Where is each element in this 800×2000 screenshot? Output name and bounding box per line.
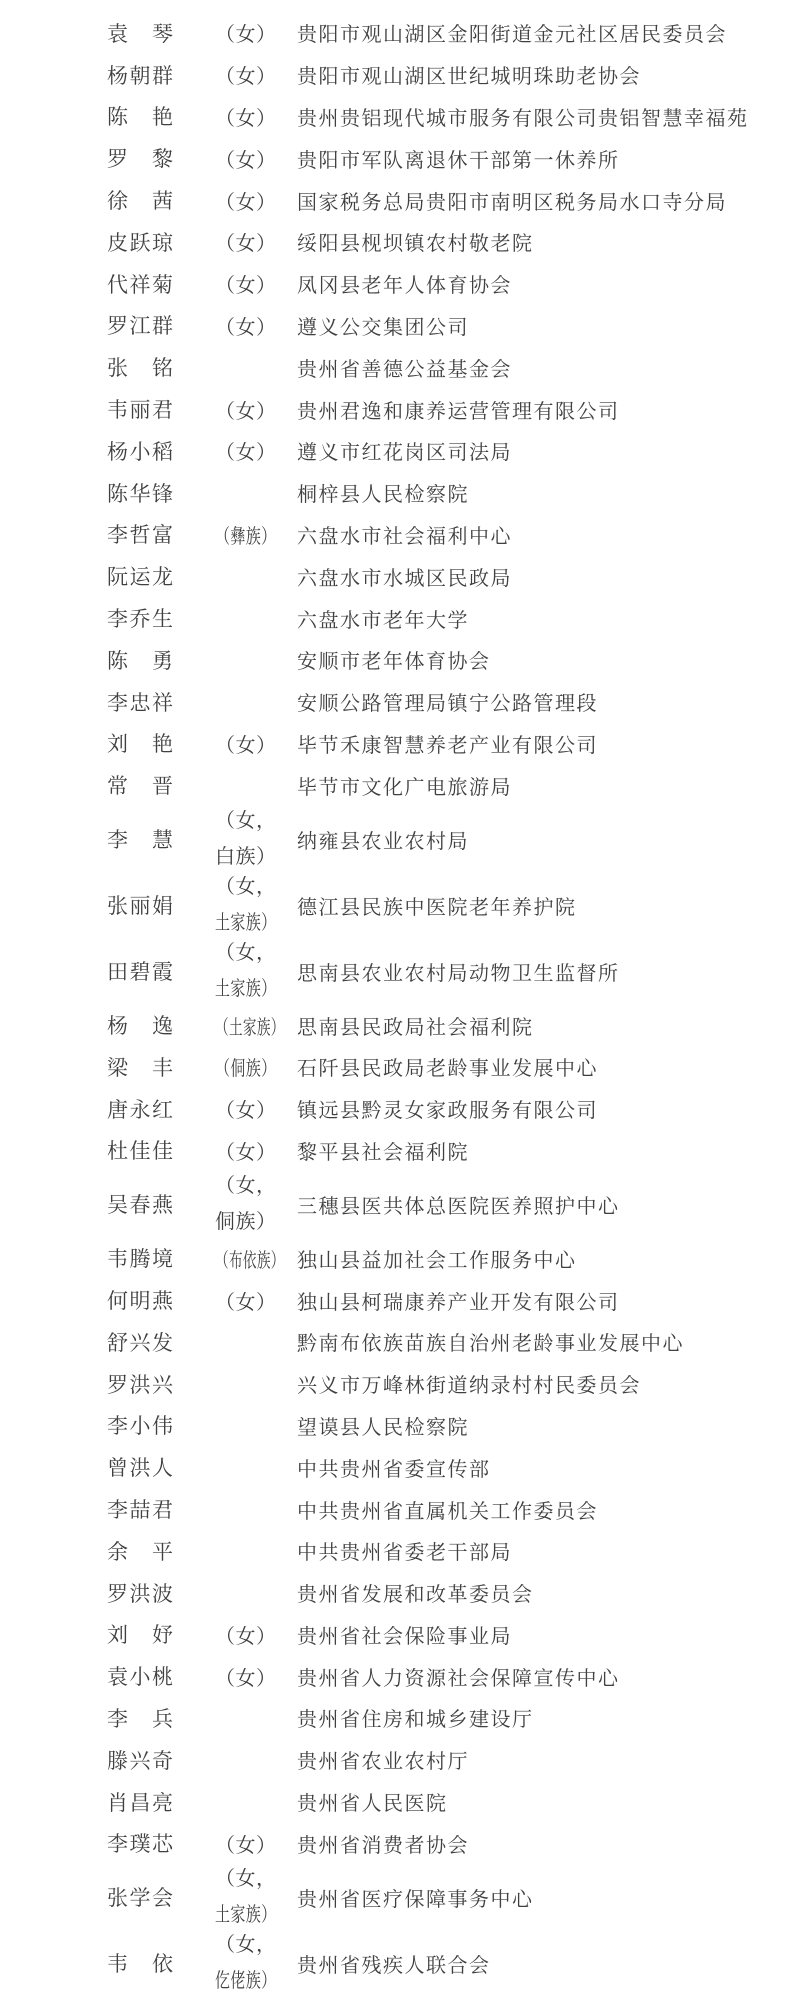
organization: 黔南布依族苗族自治州老龄事业发展中心 xyxy=(297,1327,800,1356)
person-name: 韦腾境 xyxy=(107,1243,215,1273)
organization: 安顺市老年体育协会 xyxy=(297,645,800,674)
gender-ethnicity: （女） xyxy=(215,311,297,340)
gender-ethnicity: （女，侗族） xyxy=(215,1168,297,1240)
person-name: 舒兴发 xyxy=(107,1327,215,1357)
person-name: 肖昌亮 xyxy=(107,1787,215,1817)
gender-ethnicity: （女） xyxy=(215,729,297,758)
table-row: 张 铭 贵州省善德公益基金会 xyxy=(0,346,800,388)
gender-ethnicity: （女，仡佬族） xyxy=(215,1927,297,1999)
person-name: 余 平 xyxy=(107,1536,215,1566)
document-page: 袁 琴 （女） 贵阳市观山湖区金阳街道金元社区居民委员会 杨朝群 （女） 贵阳市… xyxy=(0,0,800,2000)
gender-ethnicity: （女，白族） xyxy=(215,803,297,875)
organization: 贵州省农业农村厅 xyxy=(297,1745,800,1774)
gender-ethnicity: （女） xyxy=(215,102,297,131)
gender-ethnicity: （女） xyxy=(215,186,297,215)
person-name: 杨小稻 xyxy=(107,436,215,466)
organization: 贵州省消费者协会 xyxy=(297,1829,800,1858)
person-name: 梁 丰 xyxy=(107,1052,215,1082)
person-name: 代祥菊 xyxy=(107,269,215,299)
organization: 贵州省人民医院 xyxy=(297,1787,800,1816)
person-name: 韦 依 xyxy=(107,1948,215,1978)
table-row: 刘 艳 （女） 毕节禾康智慧养老产业有限公司 xyxy=(0,723,800,765)
person-name: 刘 艳 xyxy=(107,728,215,758)
organization: 六盘水市社会福利中心 xyxy=(297,520,800,549)
person-name: 唐永红 xyxy=(107,1094,215,1124)
gender-ethnicity: （女，土家族） xyxy=(215,869,297,941)
person-name: 刘 妤 xyxy=(107,1619,215,1649)
organization: 遵义公交集团公司 xyxy=(297,311,800,340)
table-row: 何明燕 （女） 独山县柯瑞康养产业开发有限公司 xyxy=(0,1279,800,1321)
gender-ethnicity: （女） xyxy=(215,395,297,424)
organization: 镇远县黔灵女家政服务有限公司 xyxy=(297,1094,800,1123)
person-name: 李 兵 xyxy=(107,1703,215,1733)
organization: 贵州省发展和改革委员会 xyxy=(297,1578,800,1607)
person-name: 李 慧 xyxy=(107,824,215,854)
person-name: 李乔生 xyxy=(107,603,215,633)
person-name: 常 晋 xyxy=(107,770,215,800)
organization: 独山县柯瑞康养产业开发有限公司 xyxy=(297,1286,800,1315)
table-row: 李小伟 望谟县人民检察院 xyxy=(0,1405,800,1447)
table-row: 杨 逸 （土家族） 思南县民政局社会福利院 xyxy=(0,1004,800,1046)
gender-ethnicity: （女） xyxy=(215,1286,297,1315)
table-row: 吴春燕 （女，侗族） 三穗县医共体总医院医养照护中心 xyxy=(0,1171,800,1237)
table-row: 罗洪兴 兴义市万峰林街道纳录村村民委员会 xyxy=(0,1363,800,1405)
gender-ethnicity: （女） xyxy=(215,436,297,465)
person-name: 杨朝群 xyxy=(107,60,215,90)
organization: 凤冈县老年人体育协会 xyxy=(297,269,800,298)
person-name: 袁 琴 xyxy=(107,18,215,48)
organization: 六盘水市老年大学 xyxy=(297,604,800,633)
organization: 中共贵州省委宣传部 xyxy=(297,1453,800,1482)
table-row: 李忠祥 安顺公路管理局镇宁公路管理段 xyxy=(0,681,800,723)
table-row: 罗洪波 贵州省发展和改革委员会 xyxy=(0,1572,800,1614)
person-name: 罗洪兴 xyxy=(107,1369,215,1399)
organization: 毕节市文化广电旅游局 xyxy=(297,771,800,800)
table-row: 罗江群 （女） 遵义公交集团公司 xyxy=(0,305,800,347)
table-row: 唐永红 （女） 镇远县黔灵女家政服务有限公司 xyxy=(0,1088,800,1130)
table-row: 田碧霞 （女，土家族） 思南县农业农村局动物卫生监督所 xyxy=(0,938,800,1004)
gender-ethnicity: （女） xyxy=(215,1662,297,1691)
person-name: 杜佳佳 xyxy=(107,1135,215,1165)
organization: 毕节禾康智慧养老产业有限公司 xyxy=(297,729,800,758)
gender-ethnicity: （布依族） xyxy=(215,1244,297,1273)
table-row: 李 兵 贵州省住房和城乡建设厅 xyxy=(0,1697,800,1739)
person-name: 罗 黎 xyxy=(107,143,215,173)
person-name: 李小伟 xyxy=(107,1410,215,1440)
organization: 桐梓县人民检察院 xyxy=(297,478,800,507)
gender-ethnicity: （女） xyxy=(215,18,297,47)
organization: 中共贵州省委老干部局 xyxy=(297,1536,800,1565)
person-name: 李哲富 xyxy=(107,519,215,549)
organization: 黎平县社会福利院 xyxy=(297,1136,800,1165)
table-row: 李 慧 （女，白族） 纳雍县农业农村局 xyxy=(0,806,800,872)
table-row: 滕兴奇 贵州省农业农村厅 xyxy=(0,1739,800,1781)
gender-ethnicity: （女，土家族） xyxy=(215,935,297,1007)
organization: 石阡县民政局老龄事业发展中心 xyxy=(297,1052,800,1081)
organization: 遵义市红花岗区司法局 xyxy=(297,436,800,465)
gender-ethnicity: （女） xyxy=(215,60,297,89)
table-row: 韦丽君 （女） 贵州君逸和康养运营管理有限公司 xyxy=(0,388,800,430)
person-name: 张学会 xyxy=(107,1882,215,1912)
organization: 贵阳市观山湖区世纪城明珠助老协会 xyxy=(297,60,800,89)
person-name: 李璞芯 xyxy=(107,1828,215,1858)
organization: 贵州省住房和城乡建设厅 xyxy=(297,1703,800,1732)
gender-ethnicity: （侗族） xyxy=(215,1052,297,1081)
person-name: 罗江群 xyxy=(107,310,215,340)
organization: 安顺公路管理局镇宁公路管理段 xyxy=(297,687,800,716)
table-row: 李乔生 六盘水市老年大学 xyxy=(0,597,800,639)
table-row: 李喆君 中共贵州省直属机关工作委员会 xyxy=(0,1488,800,1530)
table-row: 陈华锋 桐梓县人民检察院 xyxy=(0,472,800,514)
organization: 贵州君逸和康养运营管理有限公司 xyxy=(297,395,800,424)
person-name: 阮运龙 xyxy=(107,561,215,591)
gender-ethnicity: （女） xyxy=(215,269,297,298)
organization: 贵州省残疾人联合会 xyxy=(297,1949,800,1978)
table-row: 陈 艳 （女） 贵州贵铝现代城市服务有限公司贵铝智慧幸福苑 xyxy=(0,96,800,138)
organization: 望谟县人民检察院 xyxy=(297,1411,800,1440)
table-row: 张学会 （女，土家族） 贵州省医疗保障事务中心 xyxy=(0,1864,800,1930)
table-row: 皮跃琼 （女） 绥阳县枧坝镇农村敬老院 xyxy=(0,221,800,263)
table-row: 韦腾境 （布依族） 独山县益加社会工作服务中心 xyxy=(0,1237,800,1279)
table-row: 陈 勇 安顺市老年体育协会 xyxy=(0,639,800,681)
organization: 德江县民族中医院老年养护院 xyxy=(297,891,800,920)
gender-ethnicity: （女） xyxy=(215,1136,297,1165)
organization: 贵州省医疗保障事务中心 xyxy=(297,1883,800,1912)
person-name: 杨 逸 xyxy=(107,1010,215,1040)
organization: 贵州贵铝现代城市服务有限公司贵铝智慧幸福苑 xyxy=(297,102,800,131)
gender-ethnicity: （土家族） xyxy=(215,1011,297,1040)
organization: 三穗县医共体总医院医养照护中心 xyxy=(297,1190,800,1219)
person-name: 罗洪波 xyxy=(107,1578,215,1608)
person-name: 袁小桃 xyxy=(107,1661,215,1691)
person-name: 何明燕 xyxy=(107,1285,215,1315)
person-name: 张 铭 xyxy=(107,352,215,382)
gender-ethnicity: （女） xyxy=(215,227,297,256)
name-list: 袁 琴 （女） 贵阳市观山湖区金阳街道金元社区居民委员会 杨朝群 （女） 贵阳市… xyxy=(0,12,800,1996)
person-name: 田碧霞 xyxy=(107,956,215,986)
table-row: 李璞芯 （女） 贵州省消费者协会 xyxy=(0,1822,800,1864)
person-name: 曾洪人 xyxy=(107,1452,215,1482)
organization: 贵州省善德公益基金会 xyxy=(297,353,800,382)
organization: 贵州省社会保险事业局 xyxy=(297,1620,800,1649)
organization: 贵阳市军队离退休干部第一休养所 xyxy=(297,144,800,173)
table-row: 罗 黎 （女） 贵阳市军队离退休干部第一休养所 xyxy=(0,137,800,179)
gender-ethnicity: （女） xyxy=(215,1094,297,1123)
person-name: 吴春燕 xyxy=(107,1189,215,1219)
organization: 独山县益加社会工作服务中心 xyxy=(297,1244,800,1273)
table-row: 阮运龙 六盘水市水城区民政局 xyxy=(0,555,800,597)
person-name: 李忠祥 xyxy=(107,687,215,717)
table-row: 徐 茜 （女） 国家税务总局贵阳市南明区税务局水口寺分局 xyxy=(0,179,800,221)
table-row: 韦 依 （女，仡佬族） 贵州省残疾人联合会 xyxy=(0,1930,800,1996)
table-row: 肖昌亮 贵州省人民医院 xyxy=(0,1781,800,1823)
person-name: 张丽娟 xyxy=(107,890,215,920)
table-row: 曾洪人 中共贵州省委宣传部 xyxy=(0,1446,800,1488)
gender-ethnicity: （女） xyxy=(215,1829,297,1858)
table-row: 余 平 中共贵州省委老干部局 xyxy=(0,1530,800,1572)
table-row: 杨朝群 （女） 贵阳市观山湖区世纪城明珠助老协会 xyxy=(0,54,800,96)
person-name: 陈 勇 xyxy=(107,645,215,675)
person-name: 皮跃琼 xyxy=(107,227,215,257)
organization: 国家税务总局贵阳市南明区税务局水口寺分局 xyxy=(297,186,800,215)
organization: 兴义市万峰林街道纳录村村民委员会 xyxy=(297,1369,800,1398)
organization: 中共贵州省直属机关工作委员会 xyxy=(297,1495,800,1524)
person-name: 陈华锋 xyxy=(107,478,215,508)
person-name: 徐 茜 xyxy=(107,185,215,215)
organization: 贵州省人力资源社会保障宣传中心 xyxy=(297,1662,800,1691)
organization: 六盘水市水城区民政局 xyxy=(297,562,800,591)
organization: 贵阳市观山湖区金阳街道金元社区居民委员会 xyxy=(297,18,800,47)
table-row: 杨小稻 （女） 遵义市红花岗区司法局 xyxy=(0,430,800,472)
table-row: 代祥菊 （女） 凤冈县老年人体育协会 xyxy=(0,263,800,305)
gender-ethnicity: （彝族） xyxy=(215,520,297,549)
table-row: 舒兴发 黔南布依族苗族自治州老龄事业发展中心 xyxy=(0,1321,800,1363)
organization: 思南县农业农村局动物卫生监督所 xyxy=(297,957,800,986)
table-row: 袁 琴 （女） 贵阳市观山湖区金阳街道金元社区居民委员会 xyxy=(0,12,800,54)
gender-ethnicity: （女，土家族） xyxy=(215,1861,297,1933)
table-row: 李哲富 （彝族） 六盘水市社会福利中心 xyxy=(0,514,800,556)
table-row: 杜佳佳 （女） 黎平县社会福利院 xyxy=(0,1130,800,1172)
table-row: 袁小桃 （女） 贵州省人力资源社会保障宣传中心 xyxy=(0,1655,800,1697)
person-name: 李喆君 xyxy=(107,1494,215,1524)
organization: 思南县民政局社会福利院 xyxy=(297,1011,800,1040)
person-name: 韦丽君 xyxy=(107,394,215,424)
person-name: 陈 艳 xyxy=(107,101,215,131)
table-row: 刘 妤 （女） 贵州省社会保险事业局 xyxy=(0,1614,800,1656)
gender-ethnicity: （女） xyxy=(215,144,297,173)
table-row: 梁 丰 （侗族） 石阡县民政局老龄事业发展中心 xyxy=(0,1046,800,1088)
table-row: 常 晋 毕节市文化广电旅游局 xyxy=(0,764,800,806)
organization: 绥阳县枧坝镇农村敬老院 xyxy=(297,227,800,256)
gender-ethnicity: （女） xyxy=(215,1620,297,1649)
organization: 纳雍县农业农村局 xyxy=(297,825,800,854)
table-row: 张丽娟 （女，土家族） 德江县民族中医院老年养护院 xyxy=(0,872,800,938)
person-name: 滕兴奇 xyxy=(107,1745,215,1775)
